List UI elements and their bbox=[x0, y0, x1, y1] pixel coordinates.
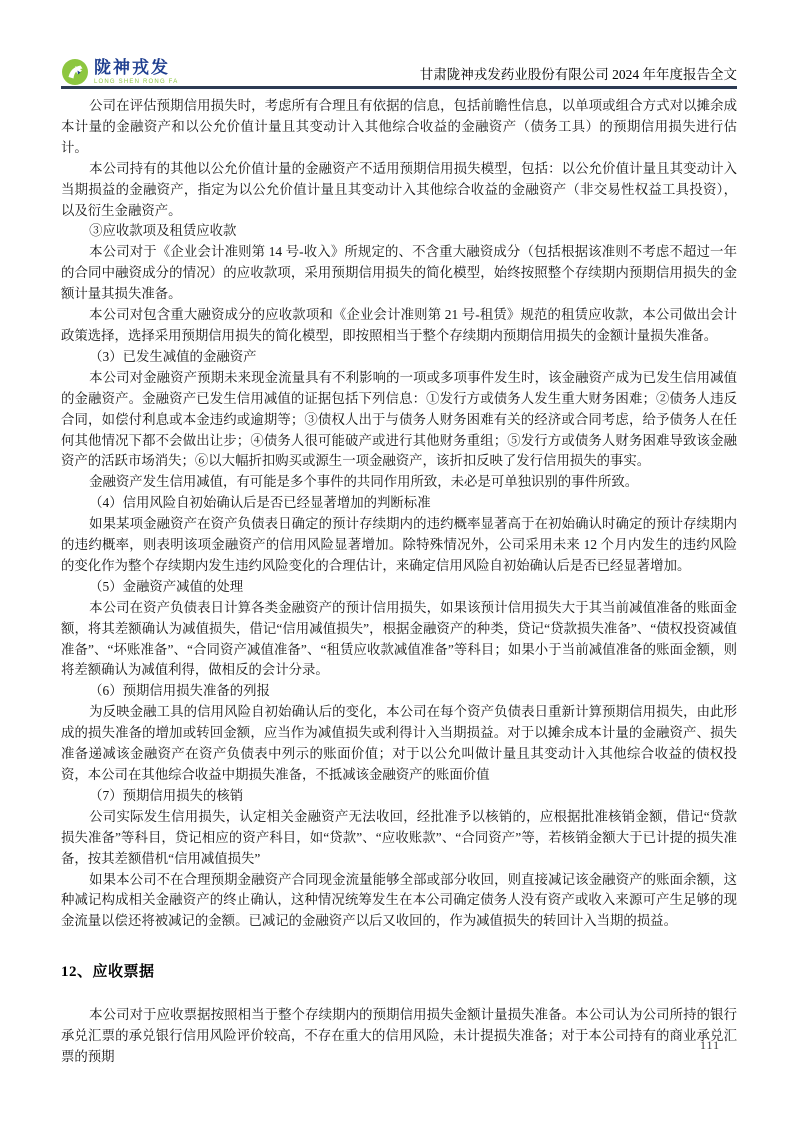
paragraph: 本公司对包含重大融资成分的应收款项和《企业会计准则第 21 号-租赁》规范的租赁… bbox=[61, 305, 737, 347]
paragraph: 如果某项金融资产在资产负债表日确定的预计存续期内的违约概率显著高于在初始确认时确… bbox=[61, 514, 737, 577]
paragraph: （3）已发生减值的金融资产 bbox=[61, 347, 737, 368]
section-heading: 12、应收票据 bbox=[61, 962, 737, 983]
logo-text-block: 陇神戎发 LONG SHEN RONG FA bbox=[94, 59, 178, 85]
company-logo: 陇神戎发 LONG SHEN RONG FA bbox=[61, 58, 178, 86]
header-divider bbox=[61, 86, 737, 89]
logo-brand-cn: 陇神戎发 bbox=[94, 59, 178, 76]
paragraph: 如果本公司不在合理预期金融资产合同现金流量能够全部或部分收回，则直接减记该金融资… bbox=[61, 870, 737, 933]
paragraph: （7）预期信用损失的核销 bbox=[61, 786, 737, 807]
paragraph: （4）信用风险自初始确认后是否已经显著增加的判断标准 bbox=[61, 493, 737, 514]
logo-brand-en: LONG SHEN RONG FA bbox=[94, 79, 178, 85]
paragraph: （6）预期信用损失准备的列报 bbox=[61, 681, 737, 702]
paragraph: 为反映金融工具的信用风险自初始确认后的变化，本公司在每个资产负债表日重新计算预期… bbox=[61, 702, 737, 786]
paragraph: 公司实际发生信用损失，认定相关金融资产无法收回，经批准予以核销的，应根据批准核销… bbox=[61, 807, 737, 870]
document-body: 公司在评估预期信用损失时，考虑所有合理且有依据的信息，包括前瞻性信息，以单项或组… bbox=[61, 96, 737, 1068]
page-header: 陇神戎发 LONG SHEN RONG FA 甘肃陇神戎发药业股份有限公司 20… bbox=[61, 44, 737, 86]
paragraph: 金融资产发生信用减值，有可能是多个事件的共同作用所致，未必是可单独识别的事件所致… bbox=[61, 472, 737, 493]
document-title: 甘肃陇神戎发药业股份有限公司 2024 年年度报告全文 bbox=[420, 63, 737, 86]
paragraph: 本公司对于应收票据按照相当于整个存续期内的预期信用损失金额计量损失准备。本公司认… bbox=[61, 1005, 737, 1068]
paragraph: ③应收款项及租赁应收款 bbox=[61, 221, 737, 242]
report-page: 陇神戎发 LONG SHEN RONG FA 甘肃陇神戎发药业股份有限公司 20… bbox=[0, 0, 793, 1122]
paragraph: （5）金融资产减值的处理 bbox=[61, 577, 737, 598]
paragraph: 本公司持有的其他以公允价值计量的金融资产不适用预期信用损失模型，包括：以公允价值… bbox=[61, 159, 737, 222]
logo-mark-icon bbox=[61, 58, 89, 86]
paragraph: 本公司对金融资产预期未来现金流量具有不利影响的一项或多项事件发生时，该金融资产成… bbox=[61, 368, 737, 473]
paragraph: 本公司在资产负债表日计算各类金融资产的预计信用损失，如果该预计信用损失大于其当前… bbox=[61, 598, 737, 682]
page-number: 111 bbox=[700, 1038, 720, 1053]
paragraph: 本公司对于《企业会计准则第 14 号-收入》所规定的、不含重大融资成分（包括根据… bbox=[61, 242, 737, 305]
paragraph: 公司在评估预期信用损失时，考虑所有合理且有依据的信息，包括前瞻性信息，以单项或组… bbox=[61, 96, 737, 159]
